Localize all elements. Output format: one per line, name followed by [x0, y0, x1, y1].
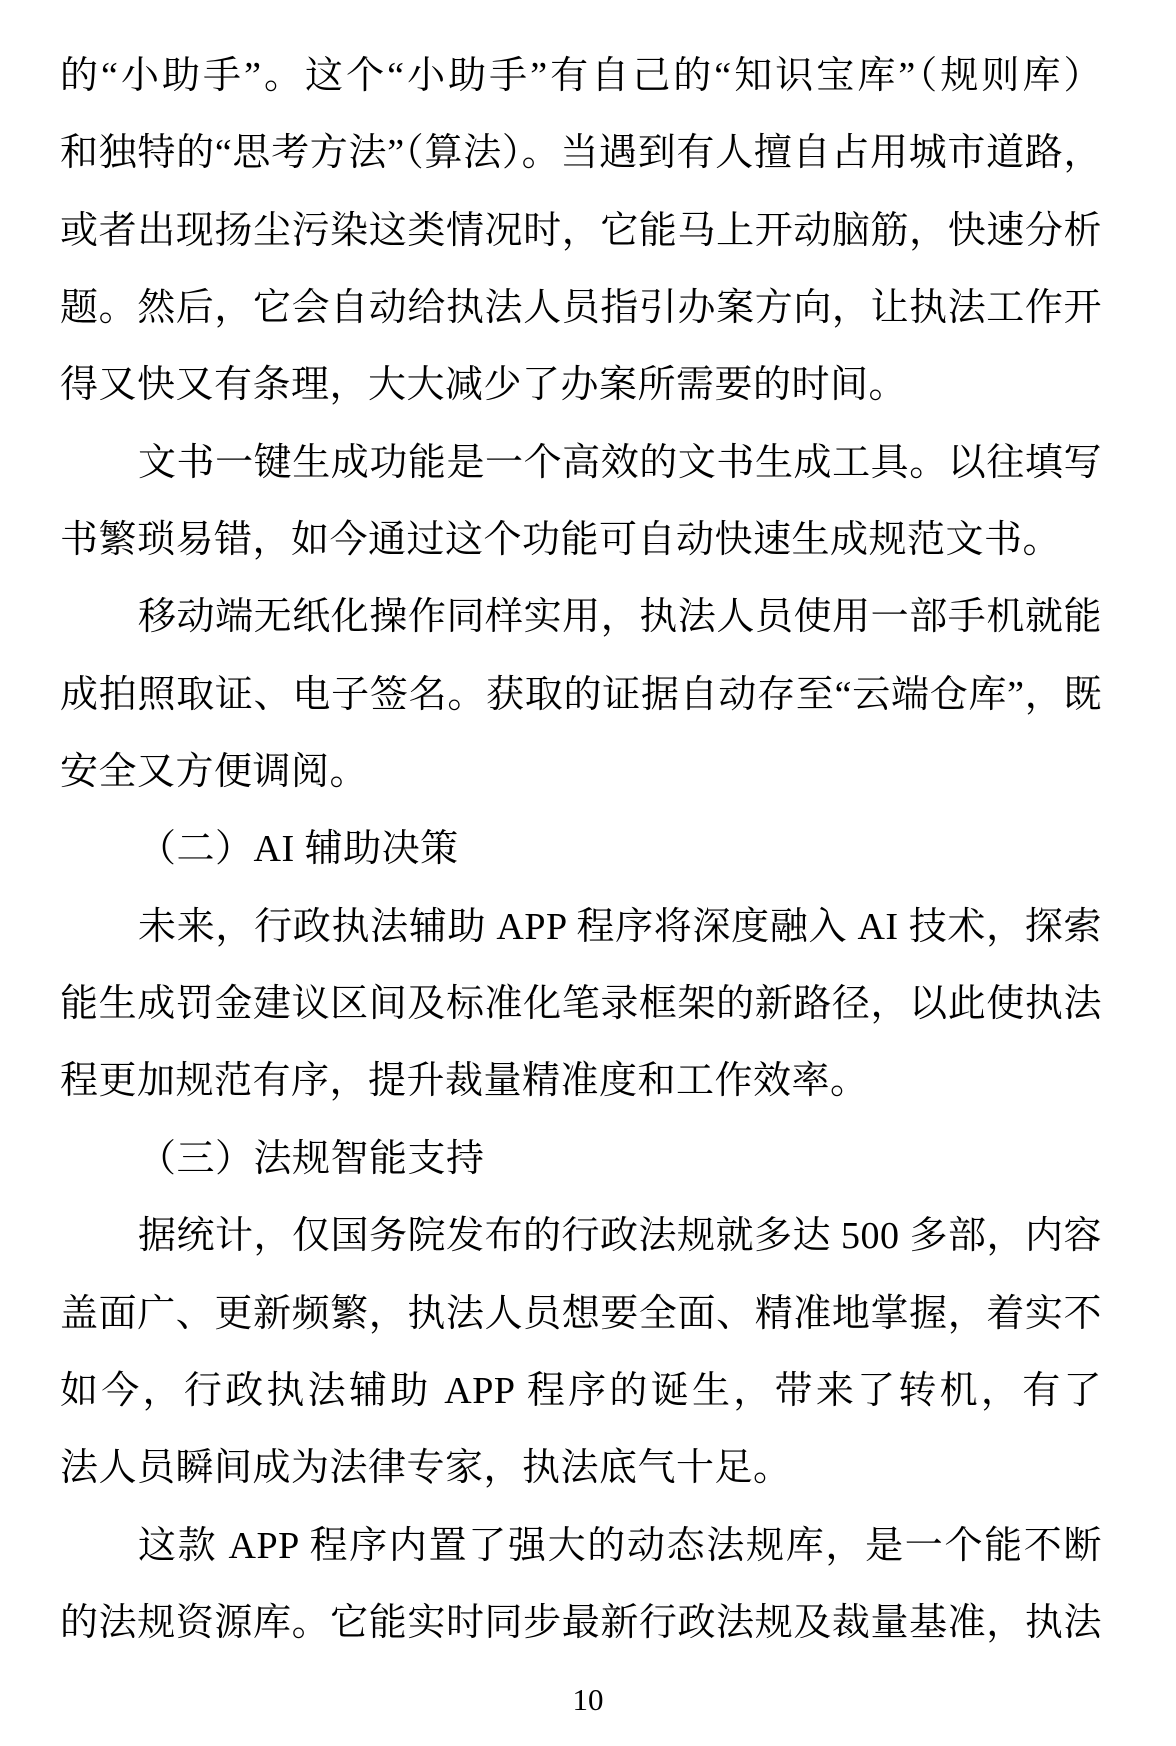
text-line: 的法规资源库。它能实时同步最新行政法规及裁量基准，执法人	[60, 1585, 1102, 1662]
section-heading: （二）AI 辅助决策	[60, 811, 1102, 888]
text-line: 或者出现扬尘污染这类情况时，它能马上开动脑筋，快速分析问	[60, 193, 1102, 270]
text-line: 能生成罚金建议区间及标准化笔录框架的新路径，以此使执法流	[60, 966, 1102, 1043]
text-line: 文书一键生成功能是一个高效的文书生成工具。以往填写文	[60, 425, 1102, 502]
text-line: 书繁琐易错，如今通过这个功能可自动快速生成规范文书。	[60, 502, 1102, 579]
text-line: 法人员瞬间成为法律专家，执法底气十足。	[60, 1430, 1102, 1507]
text-line: 未来，行政执法辅助 APP 程序将深度融入 AI 技术，探索智	[60, 889, 1102, 966]
text-line: 得又快又有条理，大大减少了办案所需要的时间。	[60, 347, 1102, 424]
document-page: 的“小助手”。这个“小助手”有自己的“知识宝库”（规则库） 和独特的“思考方法”…	[0, 0, 1176, 1746]
text-line: 移动端无纸化操作同样实用，执法人员使用一部手机就能完	[60, 579, 1102, 656]
text-line: 的“小助手”。这个“小助手”有自己的“知识宝库”（规则库）	[60, 38, 1102, 115]
document-body: 的“小助手”。这个“小助手”有自己的“知识宝库”（规则库） 和独特的“思考方法”…	[60, 38, 1102, 1662]
text-line: 和独特的“思考方法”（算法）。当遇到有人擅自占用城市道路，	[60, 115, 1102, 192]
section-heading: （三）法规智能支持	[60, 1121, 1102, 1198]
text-line: 这款 APP 程序内置了强大的动态法规库，是一个能不断更新	[60, 1508, 1102, 1585]
text-line: 题。然后，它会自动给执法人员指引办案方向，让执法工作开展	[60, 270, 1102, 347]
text-line: 如今，行政执法辅助 APP 程序的诞生，带来了转机，有了它，执	[60, 1353, 1102, 1430]
page-number: 10	[0, 1682, 1176, 1718]
text-line: 盖面广、更新频繁，执法人员想要全面、精准地掌握，着实不易。	[60, 1276, 1102, 1353]
text-line: 据统计，仅国务院发布的行政法规就多达 500 多部，内容涵	[60, 1198, 1102, 1275]
text-line: 成拍照取证、电子签名。获取的证据自动存至“云端仓库”，既	[60, 657, 1102, 734]
text-line: 程更加规范有序，提升裁量精准度和工作效率。	[60, 1043, 1102, 1120]
text-line: 安全又方便调阅。	[60, 734, 1102, 811]
